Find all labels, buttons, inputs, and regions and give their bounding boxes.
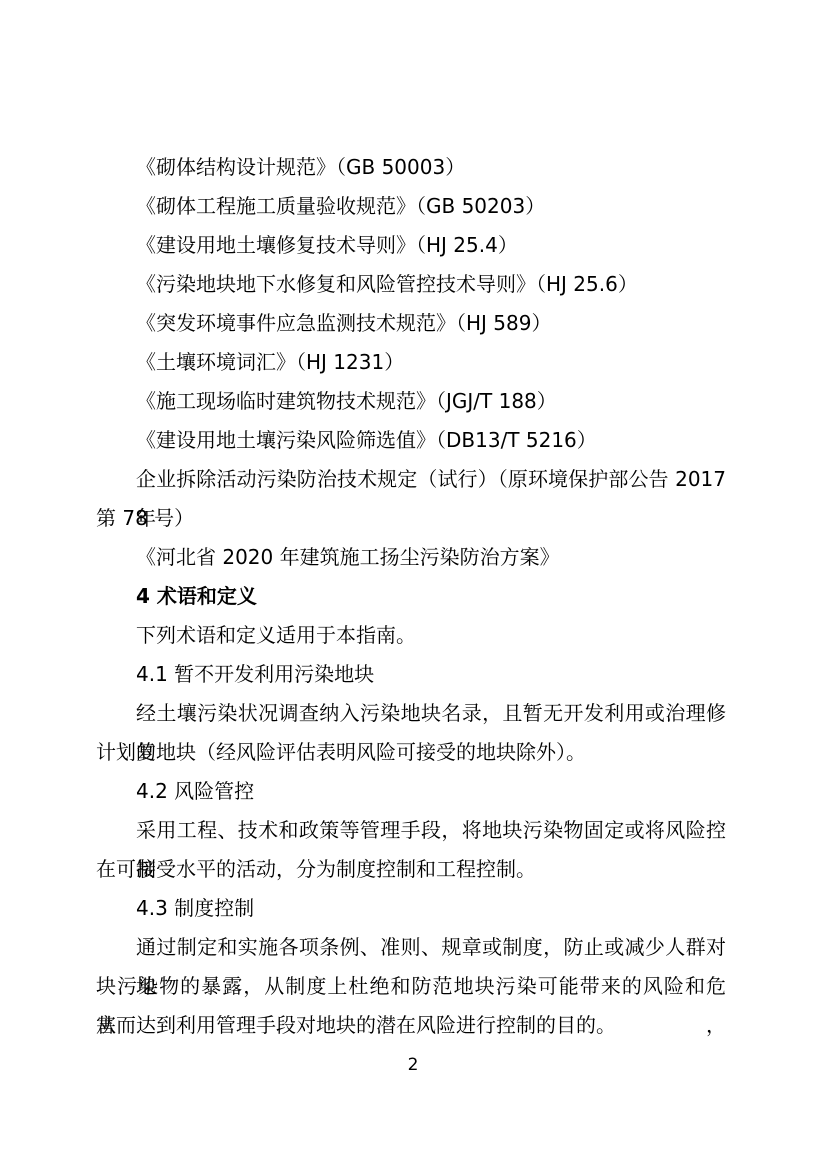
paragraph-line: 下列术语和定义适用于本指南。 (96, 616, 726, 655)
reference-line: 《河北省 2020 年建筑施工扬尘污染防治方案》 (96, 538, 726, 577)
reference-line: 《砌体结构设计规范》（GB 50003） (96, 148, 726, 187)
page-footer: 2 (0, 1054, 826, 1076)
reference-line: 《突发环境事件应急监测技术规范》（HJ 589） (96, 304, 726, 343)
reference-line: 《污染地块地下水修复和风险管控技术导则》（HJ 25.6） (96, 265, 726, 304)
subsection-heading: 4.3 制度控制 (96, 889, 726, 928)
reference-line: 第 78 号） (96, 499, 726, 538)
paragraph-line: 经土壤污染状况调查纳入污染地块名录，且暂无开发利用或治理修复 (96, 694, 726, 733)
paragraph-line: 采用工程、技术和政策等管理手段，将地块污染物固定或将风险控制 (96, 811, 726, 850)
reference-line: 《土壤环境词汇》（HJ 1231） (96, 343, 726, 382)
paragraph-line: 在可接受水平的活动，分为制度控制和工程控制。 (96, 850, 726, 889)
subsection-heading: 4.1 暂不开发利用污染地块 (96, 655, 726, 694)
subsection-heading: 4.2 风险管控 (96, 772, 726, 811)
reference-line: 企业拆除活动污染防治技术规定（试行）（原环境保护部公告 2017 年 (96, 460, 726, 499)
paragraph-line: 计划的地块（经风险评估表明风险可接受的地块除外）。 (96, 733, 726, 772)
reference-line: 《建设用地土壤污染风险筛选值》（DB13/T 5216） (96, 421, 726, 460)
document-body: 《砌体结构设计规范》（GB 50003）《砌体工程施工质量验收规范》（GB 50… (96, 148, 726, 1045)
reference-line: 《施工现场临时建筑物技术规范》（JGJ/T 188） (96, 382, 726, 421)
paragraph-line: 通过制定和实施各项条例、准则、规章或制度，防止或减少人群对地 (96, 928, 726, 967)
section-heading: 4 术语和定义 (96, 577, 726, 616)
document-page: 《砌体结构设计规范》（GB 50003）《砌体工程施工质量验收规范》（GB 50… (0, 0, 826, 1169)
reference-line: 《砌体工程施工质量验收规范》（GB 50203） (96, 187, 726, 226)
reference-line: 《建设用地土壤修复技术导则》（HJ 25.4） (96, 226, 726, 265)
paragraph-line: 块污染物的暴露，从制度上杜绝和防范地块污染可能带来的风险和危害， (96, 967, 726, 1006)
page-number: 2 (408, 1055, 419, 1075)
